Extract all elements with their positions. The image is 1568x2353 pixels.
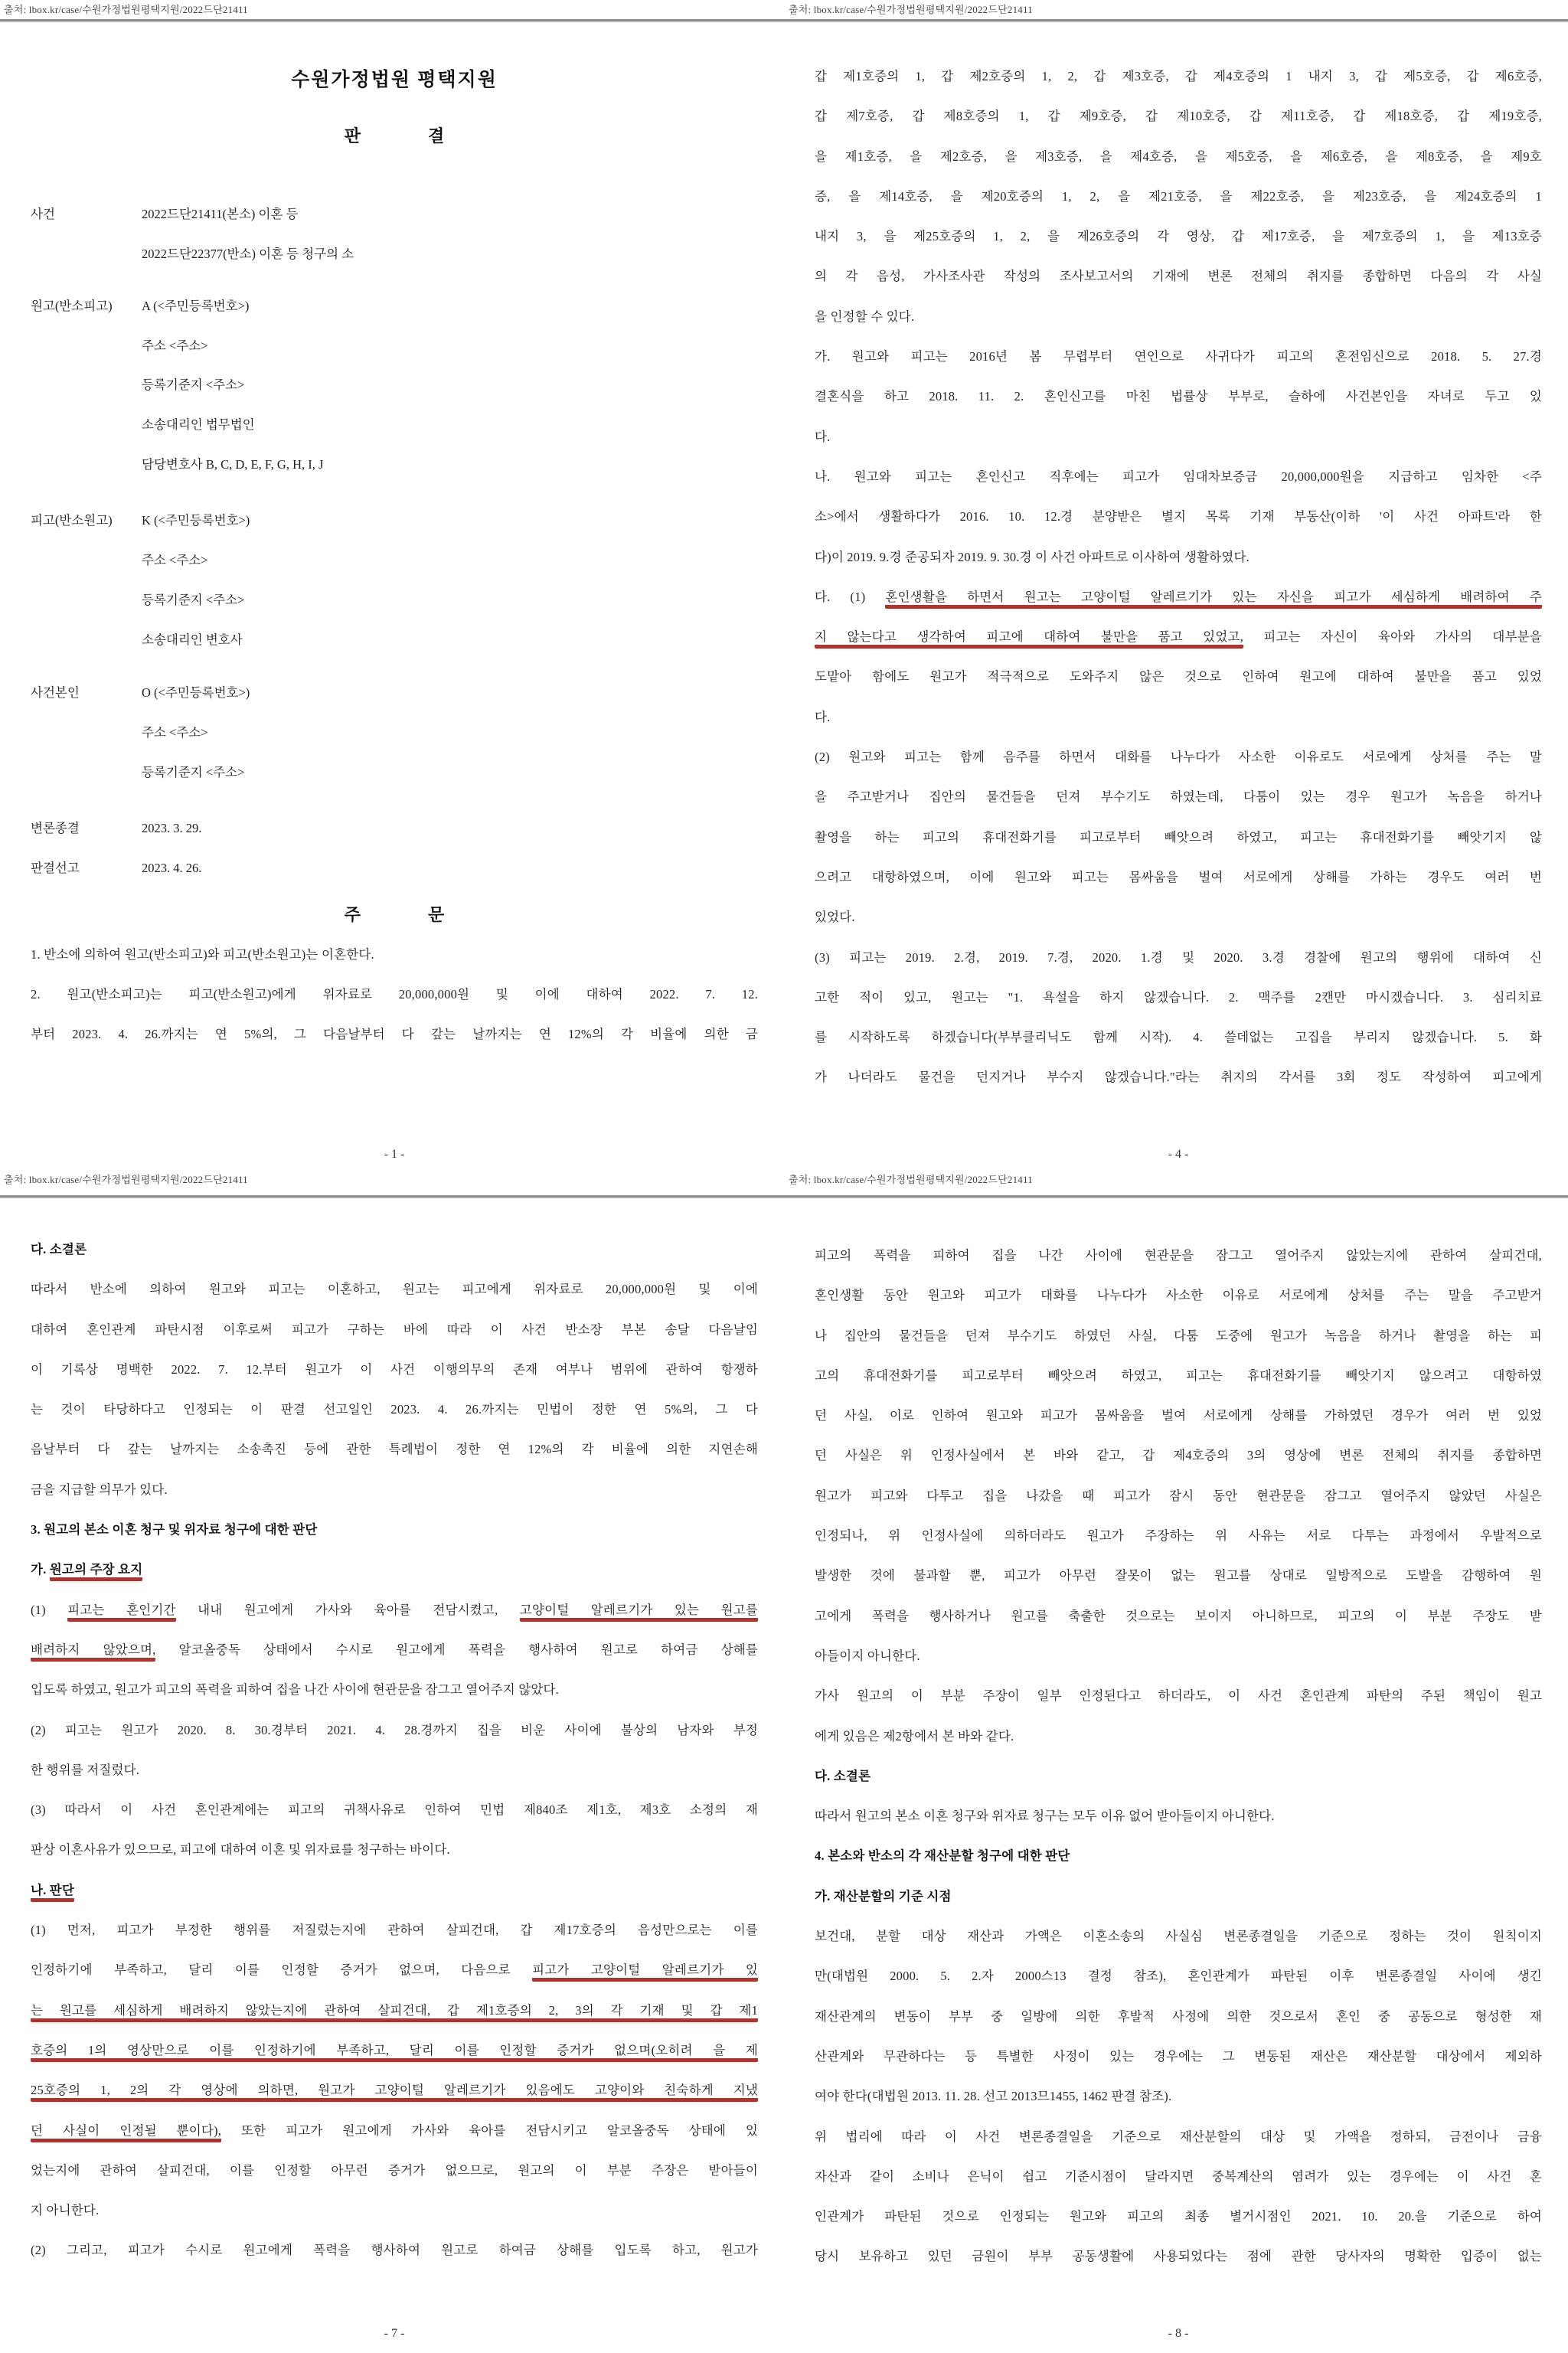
text-line: 발생한 것에 불과할 뿐, 피고가 아무런 잘못이 없는 원고를 상대로 일방적…	[815, 1556, 1542, 1596]
row-value: 등록기준지 <주소>	[142, 377, 244, 392]
case-info-row: 원고(반소피고)A (<주민등록번호>)	[31, 286, 758, 326]
text-segment: 촬영을 하는 피고의 휴대전화기를 피고로부터 빼앗으려 하였고, 피고는 휴대…	[815, 830, 1542, 845]
text-line: 지 않는다고 생각하여 피고에 대하여 불만을 품고 있었고, 피고는 자신이 …	[815, 617, 1542, 657]
text-line: 었는지에 관하여 살피건대, 이를 인정할 아무런 증거가 없으므로, 원고의 …	[31, 2151, 758, 2191]
text-segment: 가.	[31, 1562, 50, 1577]
case-info-row: 사건본인O (<주민등록번호>)	[31, 673, 758, 713]
text-segment: 소>에서 생활하다가 2016. 10. 12.경 분양받은 별지 목록 기재 …	[815, 509, 1542, 524]
text-segment: 보건대, 분할 대상 재산과 가액은 이혼소송의 사실심 변론종결일을 기준으로…	[815, 1929, 1542, 1943]
text-line: 을 주고받거나 집안의 물건들을 던져 부수기도 하였는데, 다툼이 있는 경우…	[815, 777, 1542, 817]
text-segment: 혼인생활 동안 원고와 피고가 대화를 나누다가 사소한 이유로 서로에게 상처…	[815, 1288, 1542, 1302]
text-line: 있었다.	[815, 897, 1542, 937]
red-underlined-text: 던 사실이 인정될 뿐이다),	[31, 2123, 221, 2142]
text-line: 당시 보유하고 있던 금원이 부부 공동생활에 사용되었다는 점에 관한 당사자…	[815, 2237, 1542, 2276]
text-line: 4. 본소와 반소의 각 재산분할 청구에 대한 판단	[815, 1836, 1542, 1876]
text-line: 원고가 피고와 다투고 집을 나갔을 때 피고가 잠시 동안 현관문을 잠그고 …	[815, 1476, 1542, 1516]
page-8: 피고의 폭력을 피하여 집을 나간 사이에 현관문을 잠그고 열어주지 않았는지…	[815, 1236, 1542, 2277]
text-line: 는 것이 타당하다고 인정되는 이 판결 선고일인 2023. 4. 26.까지…	[31, 1390, 758, 1430]
text-line: 대하여 혼인관계 파탄시점 이후로써 피고가 구하는 바에 따라 이 사건 반소…	[31, 1310, 758, 1350]
text-line: 내지 3, 을 제25호증의 1, 2, 을 제26호증의 각 영상, 갑 제1…	[815, 217, 1542, 257]
text-segment: 피고의 폭력을 피하여 집을 나간 사이에 현관문을 잠그고 열어주지 않았는지…	[815, 1248, 1542, 1263]
order-section-title: 주 문	[31, 898, 758, 932]
case-info-row: 판결선고2023. 4. 26.	[31, 848, 758, 888]
case-info-row: 사건2022드단21411(본소) 이혼 등	[31, 194, 758, 234]
text-segment: 을 제1호증, 을 제2호증, 을 제3호증, 을 제4호증, 을 제5호증, …	[815, 149, 1542, 164]
text-segment: 피고는 자신이 육아와 가사의 대부분을	[1243, 629, 1542, 644]
text-segment: 나 집안의 물건들을 던져 부수기도 하였던 사실, 다툼 도중에 원고가 녹음…	[815, 1328, 1542, 1343]
case-info-row: 등록기준지 <주소>	[31, 753, 758, 793]
text-segment: 다. 소결론	[31, 1242, 87, 1257]
text-line: 판상 이혼사유가 있으므로, 피고에 대하여 이혼 및 위자료를 청구하는 바이…	[31, 1830, 758, 1870]
text-line: 따라서 원고의 본소 이혼 청구와 위자료 청구는 모두 이유 없어 받아들이지…	[815, 1796, 1542, 1836]
row-value: 소송대리인 변호사	[142, 632, 243, 647]
red-underlined-text: 피고는 혼인기간	[67, 1603, 175, 1622]
case-info-row: 주소 <주소>	[31, 326, 758, 366]
text-line: 지 아니한다.	[31, 2191, 758, 2230]
text-segment: 가. 원고와 피고는 2016년 봄 무렵부터 연인으로 사귀다가 피고의 혼전…	[815, 349, 1542, 364]
row-value: 2023. 4. 26.	[142, 861, 201, 875]
case-info-row: 주소 <주소>	[31, 541, 758, 580]
text-line: 소>에서 생활하다가 2016. 10. 12.경 분양받은 별지 목록 기재 …	[815, 497, 1542, 537]
row-label: 사건	[31, 194, 142, 234]
text-segment: 결혼식을 하고 2018. 11. 2. 혼인신고를 마친 법률상 부부로, 슬…	[815, 389, 1542, 404]
text-segment: 고에게 폭력을 행사하거나 원고를 축출한 것으로는 보이지 아니하므로, 피고…	[815, 1609, 1542, 1623]
text-line: 따라서 반소에 의하여 원고와 피고는 이혼하고, 원고는 피고에게 위자료로 …	[31, 1270, 758, 1309]
text-line: 3. 원고의 본소 이혼 청구 및 위자료 청구에 대한 판단	[31, 1510, 758, 1550]
text-segment: 판상 이혼사유가 있으므로, 피고에 대하여 이혼 및 위자료를 청구하는 바이…	[31, 1842, 450, 1857]
text-segment: 는 것이 타당하다고 인정되는 이 판결 선고일인 2023. 4. 26.까지…	[31, 1402, 758, 1417]
text-line: 는 원고를 세심하게 배려하지 않았는지에 관하여 살피건대, 갑 제1호증의 …	[31, 1991, 758, 2031]
text-line: 배려하지 않았으며, 알코올중독 상태에서 수시로 원고에게 폭력을 행사하여 …	[31, 1630, 758, 1670]
text-line: 다.	[815, 698, 1542, 737]
case-info-row: 변론종결2023. 3. 29.	[31, 809, 758, 848]
text-segment: 원고가 피고와 다투고 집을 나갔을 때 피고가 잠시 동안 현관문을 잠그고 …	[815, 1489, 1542, 1503]
row-value: K (<주민등록번호>)	[142, 513, 250, 528]
red-underlined-text: 피고가 고양이털 알레르기가 있	[532, 1962, 758, 1982]
text-line: 다.	[815, 417, 1542, 457]
text-line: 음날부터 다 갚는 날까지는 소송촉진 등에 관한 특례법이 정한 연 12%의…	[31, 1430, 758, 1469]
page-4: 갑 제1호증의 1, 갑 제2호증의 1, 2, 갑 제3호증, 갑 제4호증의…	[815, 57, 1542, 1098]
text-segment: 자산과 같이 소비나 은닉이 쉽고 기준시점이 달라지면 중복계산의 염려가 있…	[815, 2169, 1542, 2184]
text-line: 갑 제1호증의 1, 갑 제2호증의 1, 2, 갑 제3호증, 갑 제4호증의…	[815, 57, 1542, 96]
text-line: 다. 소결론	[31, 1230, 758, 1270]
row-value: 2023. 3. 29.	[142, 821, 201, 835]
text-segment: 또한 피고가 원고에게 가사와 육아를 전담시키고 알코올중독 상태에 있	[221, 2123, 758, 2138]
text-segment: 인관계가 파탄된 것으로 인정되는 원고와 피고의 최종 별거시점인 2021.…	[815, 2209, 1542, 2224]
text-line: 를 시작하도록 하겠습니다(부부클리닉도 함께 시작). 4. 쓸데없는 고집을…	[815, 1018, 1542, 1057]
text-segment: 여야 한다(대법원 2013. 11. 28. 선고 2013므1455, 14…	[815, 2089, 1171, 2103]
text-line: 위 법리에 따라 이 사건 변론종결일을 기준으로 재산분할의 대상 및 가액을…	[815, 2117, 1542, 2157]
page-1: 수원가정법원 평택지원 판 결 사건2022드단21411(본소) 이혼 등20…	[31, 0, 758, 1194]
red-underlined-text: 혼인생활을 하면서 원고는 고양이털 알레르기가 있는 자신을 피고가 세심하게…	[885, 590, 1542, 609]
case-info-row: 피고(반소원고)K (<주민등록번호>)	[31, 501, 758, 541]
text-line: 던 사실, 이로 인하여 원고와 피고가 몸싸움을 벌여 서로에게 상해를 가하…	[815, 1396, 1542, 1436]
text-line: 1. 반소에 의하여 원고(반소피고)와 피고(반소원고)는 이혼한다.	[31, 935, 758, 975]
text-segment: 가 나더라도 물건을 던지거나 부수지 않겠습니다."라는 취지의 각서를 3회…	[815, 1070, 1542, 1084]
row-value: 주소 <주소>	[142, 338, 208, 353]
red-underlined-text: 나. 판단	[31, 1883, 74, 1902]
text-line: 2. 원고(반소피고)는 피고(반소원고)에게 위자료로 20,000,000원…	[31, 975, 758, 1015]
row-value: 주소 <주소>	[142, 725, 208, 740]
text-segment: (2) 그리고, 피고가 수시로 원고에게 폭력을 행사하여 원고로 하여금 상…	[31, 2243, 758, 2257]
text-segment: 인정하기에 부족하고, 달리 이를 인정할 증거가 없으며, 다음으로	[31, 1962, 532, 1977]
case-info-row: 소송대리인 법무법인	[31, 405, 758, 445]
text-segment: 도맡아 함에도 원고가 적극적으로 도와주지 않은 것으로 인하여 원고에 대하…	[815, 669, 1542, 684]
text-line: 을 제1호증, 을 제2호증, 을 제3호증, 을 제4호증, 을 제5호증, …	[815, 137, 1542, 177]
text-segment: 당시 보유하고 있던 금원이 부부 공동생활에 사용되었다는 점에 관한 당사자…	[815, 2249, 1542, 2263]
text-line: 자산과 같이 소비나 은닉이 쉽고 기준시점이 달라지면 중복계산의 염려가 있…	[815, 2157, 1542, 2197]
text-segment: 발생한 것에 불과할 뿐, 피고가 아무런 잘못이 없는 원고를 상대로 일방적…	[815, 1568, 1542, 1583]
red-underlined-text: 25호증의 1, 2의 각 영상에 의하면, 원고가 고양이털 알레르기가 있음…	[31, 2083, 758, 2102]
case-info-row: 담당변호사 B, C, D, E, F, G, H, I, J	[31, 445, 758, 485]
text-segment: 인정되나, 위 인정사실에 의하더라도 원고가 주장하는 위 사유는 서로 다투…	[815, 1528, 1542, 1543]
text-segment: 나. 원고와 피고는 혼인신고 직후에는 피고가 임대차보증금 20,000,0…	[815, 469, 1542, 484]
text-segment: 가사 원고의 이 부분 주장이 일부 인정된다고 하더라도, 이 사건 혼인관계…	[815, 1688, 1542, 1703]
text-segment: 증, 을 제14호증, 을 제20호증의 1, 2, 을 제21호증, 을 제2…	[815, 189, 1542, 204]
text-line: 고의 휴대전화기를 피고로부터 빼앗으려 하였고, 피고는 휴대전화기를 빼앗기…	[815, 1356, 1542, 1396]
text-segment: 산관계와 무관하다는 등 특별한 사정이 있는 경우에는 그 변동된 재산은 재…	[815, 2049, 1542, 2064]
text-line: 금을 지급할 의무가 있다.	[31, 1470, 758, 1510]
red-underlined-text: 는 원고를 세심하게 배려하지 않았는지에 관하여 살피건대, 갑 제1호증의 …	[31, 2003, 758, 2022]
text-line: 보건대, 분할 대상 재산과 가액은 이혼소송의 사실심 변론종결일을 기준으로…	[815, 1917, 1542, 1956]
red-underlined-text: 지 않는다고 생각하여 피고에 대하여 불만을 품고 있었고,	[815, 629, 1243, 649]
text-segment: 입도록 하였고, 원고가 피고의 폭력을 피하여 집을 나간 사이에 현관문을 …	[31, 1682, 559, 1697]
text-segment: 4. 본소와 반소의 각 재산분할 청구에 대한 판단	[815, 1848, 1070, 1863]
text-line: 이 기록상 명백한 2022. 7. 12.부터 원고가 이 사건 이행의무의 …	[31, 1350, 758, 1390]
text-segment: 1. 반소에 의하여 원고(반소피고)와 피고(반소원고)는 이혼한다.	[31, 947, 374, 962]
text-line: 가 나더라도 물건을 던지거나 부수지 않겠습니다."라는 취지의 각서를 3회…	[815, 1057, 1542, 1097]
text-line: 부터 2023. 4. 26.까지는 연 5%의, 그 다음날부터 다 갚는 날…	[31, 1015, 758, 1054]
page-number: - 4 -	[815, 1135, 1542, 1175]
document-title: 판 결	[31, 119, 758, 153]
red-underlined-text: 원고의 주장 요지	[50, 1562, 143, 1581]
text-segment: 의 각 음성, 가사조사관 작성의 조사보고서의 기재에 변론 전체의 취지를 …	[815, 269, 1542, 283]
page-number: - 8 -	[815, 2314, 1542, 2353]
text-line: 던 사실은 위 인정사실에서 본 바와 같고, 갑 제4호증의 3의 영상에 변…	[815, 1436, 1542, 1476]
text-line: (2) 피고는 원고가 2020. 8. 30.경부터 2021. 4. 28.…	[31, 1711, 758, 1750]
text-segment: (2) 피고는 원고가 2020. 8. 30.경부터 2021. 4. 28.…	[31, 1723, 758, 1737]
text-line: 25호증의 1, 2의 각 영상에 의하면, 원고가 고양이털 알레르기가 있음…	[31, 2070, 758, 2110]
text-line: 다. (1) 혼인생활을 하면서 원고는 고양이털 알레르기가 있는 자신을 피…	[815, 577, 1542, 617]
red-underlined-text: 호증의 1의 영상만으로 이를 인정하기에 부족하고, 달리 이를 인정할 증거…	[31, 2043, 758, 2062]
text-segment: 음날부터 다 갚는 날까지는 소송촉진 등에 관한 특례법이 정한 연 12%의…	[31, 1442, 758, 1456]
text-segment: 이 기록상 명백한 2022. 7. 12.부터 원고가 이 사건 이행의무의 …	[31, 1362, 758, 1377]
row-label: 판결선고	[31, 848, 142, 888]
text-line: 으려고 대항하였으며, 이에 원고와 피고는 몸싸움을 벌여 서로에게 상해를 …	[815, 858, 1542, 897]
text-line: 고한 적이 있고, 원고는 "1. 욕설을 하지 않겠습니다. 2. 맥주를 2…	[815, 978, 1542, 1018]
text-segment: 다.	[815, 710, 830, 724]
text-segment: 를 시작하도록 하겠습니다(부부클리닉도 함께 시작). 4. 쓸데없는 고집을…	[815, 1030, 1542, 1044]
text-segment: 고한 적이 있고, 원고는 "1. 욕설을 하지 않겠습니다. 2. 맥주를 2…	[815, 990, 1542, 1005]
text-segment: (1) 먼저, 피고가 부정한 행위를 저질렀는지에 관하여 살피건대, 갑 제…	[31, 1923, 758, 1937]
text-segment: 다)이 2019. 9.경 준공되자 2019. 9. 30.경 이 사건 아파…	[815, 550, 1249, 564]
text-line: 가. 재산분할의 기준 시점	[815, 1877, 1542, 1917]
court-name: 수원가정법원 평택지원	[31, 63, 758, 98]
text-segment: 가. 재산분할의 기준 시점	[815, 1889, 952, 1904]
text-line: 나. 원고와 피고는 혼인신고 직후에는 피고가 임대차보증금 20,000,0…	[815, 457, 1542, 497]
text-segment: 지 아니한다.	[31, 2203, 99, 2217]
page-number: - 7 -	[31, 2314, 758, 2353]
row-value: 소송대리인 법무법인	[142, 417, 255, 432]
text-segment: 금을 지급할 의무가 있다.	[31, 1482, 168, 1497]
row-value: A (<주민등록번호>)	[142, 299, 249, 313]
text-segment: 아들이지 아니한다.	[815, 1649, 920, 1663]
text-segment: 에게 있음은 제2항에서 본 바와 같다.	[815, 1729, 1014, 1744]
text-line: (3) 피고는 2019. 2.경, 2019. 7.경, 2020. 1.경 …	[815, 938, 1542, 978]
text-line: 나. 판단	[31, 1871, 758, 1910]
case-info-row: 주소 <주소>	[31, 713, 758, 753]
text-line: 갑 제7호증, 갑 제8호증의 1, 갑 제9호증, 갑 제10호증, 갑 제1…	[815, 96, 1542, 136]
text-segment: 알코올중독 상태에서 수시로 원고에게 폭력을 행사하여 원고로 하여금 상해를	[155, 1642, 758, 1657]
text-segment: 다.	[815, 430, 830, 444]
text-line: 만(대법원 2000. 5. 2.자 2000스13 결정 참조), 혼인관계가…	[815, 1956, 1542, 1996]
text-segment: 따라서 반소에 의하여 원고와 피고는 이혼하고, 원고는 피고에게 위자료로 …	[31, 1282, 758, 1296]
text-line: 호증의 1의 영상만으로 이를 인정하기에 부족하고, 달리 이를 인정할 증거…	[31, 2031, 758, 2070]
page-divider-mid	[0, 1195, 1568, 1198]
text-line: 도맡아 함에도 원고가 적극적으로 도와주지 않은 것으로 인하여 원고에 대하…	[815, 657, 1542, 697]
text-segment: 던 사실, 이로 인하여 원고와 피고가 몸싸움을 벌여 서로에게 상해를 가하…	[815, 1408, 1542, 1423]
text-line: 던 사실이 인정될 뿐이다), 또한 피고가 원고에게 가사와 육아를 전담시키…	[31, 2111, 758, 2151]
source-line-mid-right: 출처: lbox.kr/case/수원가정법원평택지원/2022드단21411	[789, 1173, 1033, 1187]
text-line: 결혼식을 하고 2018. 11. 2. 혼인신고를 마친 법률상 부부로, 슬…	[815, 377, 1542, 417]
row-label: 사건본인	[31, 673, 142, 713]
text-segment: (2) 원고와 피고는 함께 음주를 하면서 대화를 나누다가 사소한 이유로도…	[815, 750, 1542, 764]
text-line: (3) 따라서 이 사건 혼인관계에는 피고의 귀책사유로 인하여 민법 제84…	[31, 1790, 758, 1830]
row-value: 2022드단21411(본소) 이혼 등	[142, 207, 298, 221]
text-segment: 던 사실은 위 인정사실에서 본 바와 같고, 갑 제4호증의 3의 영상에 변…	[815, 1448, 1542, 1462]
page-7: 다. 소결론따라서 반소에 의하여 원고와 피고는 이혼하고, 원고는 피고에게…	[31, 1230, 758, 2271]
source-line-top-right: 출처: lbox.kr/case/수원가정법원평택지원/2022드단21411	[789, 3, 1033, 17]
text-segment: 있었다.	[815, 910, 855, 924]
text-segment: 따라서 원고의 본소 이혼 청구와 위자료 청구는 모두 이유 없어 받아들이지…	[815, 1809, 1275, 1823]
text-line: 촬영을 하는 피고의 휴대전화기를 피고로부터 빼앗으려 하였고, 피고는 휴대…	[815, 818, 1542, 858]
case-info-row: 등록기준지 <주소>	[31, 580, 758, 620]
row-value: 주소 <주소>	[142, 553, 208, 567]
page-number: - 1 -	[31, 1135, 758, 1175]
text-segment: 3. 원고의 본소 이혼 청구 및 위자료 청구에 대한 판단	[31, 1522, 317, 1537]
case-info-row: 소송대리인 변호사	[31, 620, 758, 660]
text-segment: 을 인정할 수 있다.	[815, 309, 914, 324]
text-line: 가. 원고와 피고는 2016년 봄 무렵부터 연인으로 사귀다가 피고의 혼전…	[815, 337, 1542, 377]
text-line: 산관계와 무관하다는 등 특별한 사정이 있는 경우에는 그 변동된 재산은 재…	[815, 2037, 1542, 2077]
case-info-row: 등록기준지 <주소>	[31, 365, 758, 405]
text-segment: 다. (1)	[815, 590, 885, 604]
text-segment: 다. 소결론	[815, 1769, 871, 1783]
text-segment: 었는지에 관하여 살피건대, 이를 인정할 아무런 증거가 없으므로, 원고의 …	[31, 2163, 758, 2178]
text-line: (1) 먼저, 피고가 부정한 행위를 저질렀는지에 관하여 살피건대, 갑 제…	[31, 1910, 758, 1950]
text-segment: (3) 피고는 2019. 2.경, 2019. 7.경, 2020. 1.경 …	[815, 950, 1542, 965]
text-line: 인관계가 파탄된 것으로 인정되는 원고와 피고의 최종 별거시점인 2021.…	[815, 2197, 1542, 2237]
text-line: (2) 원고와 피고는 함께 음주를 하면서 대화를 나누다가 사소한 이유로도…	[815, 737, 1542, 777]
text-line: 아들이지 아니한다.	[815, 1636, 1542, 1676]
text-line: 여야 한다(대법원 2013. 11. 28. 선고 2013므1455, 14…	[815, 2077, 1542, 2116]
text-segment: 위 법리에 따라 이 사건 변론종결일을 기준으로 재산분할의 대상 및 가액을…	[815, 2129, 1542, 2144]
text-segment: 으려고 대항하였으며, 이에 원고와 피고는 몸싸움을 벌여 서로에게 상해를 …	[815, 870, 1542, 884]
row-value: 담당변호사 B, C, D, E, F, G, H, I, J	[142, 457, 323, 472]
text-line: 한 행위를 저질렀다.	[31, 1750, 758, 1790]
text-line: 의 각 음성, 가사조사관 작성의 조사보고서의 기재에 변론 전체의 취지를 …	[815, 257, 1542, 296]
text-segment: 내내 원고에게 가사와 육아를 전담시켰고,	[176, 1603, 520, 1617]
row-value: 등록기준지 <주소>	[142, 593, 244, 607]
text-line: 에게 있음은 제2항에서 본 바와 같다.	[815, 1717, 1542, 1757]
text-line: 가. 원고의 주장 요지	[31, 1550, 758, 1590]
text-line: 다)이 2019. 9.경 준공되자 2019. 9. 30.경 이 사건 아파…	[815, 538, 1542, 577]
scanned-judgment-sheet: 출처: lbox.kr/case/수원가정법원평택지원/2022드단21411 …	[0, 0, 1568, 2353]
text-line: 나 집안의 물건들을 던져 부수기도 하였던 사실, 다툼 도중에 원고가 녹음…	[815, 1316, 1542, 1356]
text-segment: 2. 원고(반소피고)는 피고(반소원고)에게 위자료로 20,000,000원…	[31, 987, 758, 1002]
text-line: 혼인생활 동안 원고와 피고가 대화를 나누다가 사소한 이유로 서로에게 상처…	[815, 1276, 1542, 1315]
text-line: 가사 원고의 이 부분 주장이 일부 인정된다고 하더라도, 이 사건 혼인관계…	[815, 1676, 1542, 1716]
text-segment: 한 행위를 저질렀다.	[31, 1763, 139, 1777]
text-line: 인정하기에 부족하고, 달리 이를 인정할 증거가 없으며, 다음으로 피고가 …	[31, 1950, 758, 1990]
case-info-row: 2022드단22377(반소) 이혼 등 청구의 소	[31, 234, 758, 274]
text-segment: 부터 2023. 4. 26.까지는 연 5%의, 그 다음날부터 다 갚는 날…	[31, 1027, 758, 1041]
text-line: 피고의 폭력을 피하여 집을 나간 사이에 현관문을 잠그고 열어주지 않았는지…	[815, 1236, 1542, 1276]
row-value: 2022드단22377(반소) 이혼 등 청구의 소	[142, 247, 354, 261]
row-value: O (<주민등록번호>)	[142, 685, 250, 700]
text-segment: (3) 따라서 이 사건 혼인관계에는 피고의 귀책사유로 인하여 민법 제84…	[31, 1802, 758, 1817]
text-segment: 대하여 혼인관계 파탄시점 이후로써 피고가 구하는 바에 따라 이 사건 반소…	[31, 1322, 758, 1337]
text-segment: 고의 휴대전화기를 피고로부터 빼앗으려 하였고, 피고는 휴대전화기를 빼앗기…	[815, 1368, 1542, 1383]
text-segment: 재산관계의 변동이 부부 중 일방에 의한 후발적 사정에 의한 것으로서 혼인…	[815, 2009, 1542, 2024]
text-segment: 갑 제1호증의 1, 갑 제2호증의 1, 2, 갑 제3호증, 갑 제4호증의…	[815, 69, 1542, 83]
text-line: (1) 피고는 혼인기간 내내 원고에게 가사와 육아를 전담시켰고, 고양이털…	[31, 1590, 758, 1630]
row-value: 등록기준지 <주소>	[142, 765, 244, 779]
text-segment: (1)	[31, 1603, 67, 1617]
text-line: 고에게 폭력을 행사하거나 원고를 축출한 것으로는 보이지 아니하므로, 피고…	[815, 1596, 1542, 1636]
row-label: 변론종결	[31, 809, 142, 848]
text-line: 증, 을 제14호증, 을 제20호증의 1, 2, 을 제21호증, 을 제2…	[815, 177, 1542, 217]
text-line: 다. 소결론	[815, 1757, 1542, 1796]
red-underlined-text: 배려하지 않았으며,	[31, 1642, 155, 1662]
text-line: (2) 그리고, 피고가 수시로 원고에게 폭력을 행사하여 원고로 하여금 상…	[31, 2230, 758, 2270]
text-segment: 내지 3, 을 제25호증의 1, 2, 을 제26호증의 각 영상, 갑 제1…	[815, 229, 1542, 243]
row-label: 원고(반소피고)	[31, 286, 142, 326]
text-segment: 만(대법원 2000. 5. 2.자 2000스13 결정 참조), 혼인관계가…	[815, 1969, 1542, 1983]
text-segment: 을 주고받거나 집안의 물건들을 던져 부수기도 하였는데, 다툼이 있는 경우…	[815, 789, 1542, 804]
text-line: 재산관계의 변동이 부부 중 일방에 의한 후발적 사정에 의한 것으로서 혼인…	[815, 1997, 1542, 2037]
text-line: 입도록 하였고, 원고가 피고의 폭력을 피하여 집을 나간 사이에 현관문을 …	[31, 1670, 758, 1710]
red-underlined-text: 고양이털 알레르기가 있는 원고를	[520, 1603, 758, 1622]
text-line: 을 인정할 수 있다.	[815, 297, 1542, 337]
row-label: 피고(반소원고)	[31, 501, 142, 541]
text-line: 인정되나, 위 인정사실에 의하더라도 원고가 주장하는 위 사유는 서로 다투…	[815, 1516, 1542, 1556]
text-segment: 갑 제7호증, 갑 제8호증의 1, 갑 제9호증, 갑 제10호증, 갑 제1…	[815, 109, 1542, 123]
